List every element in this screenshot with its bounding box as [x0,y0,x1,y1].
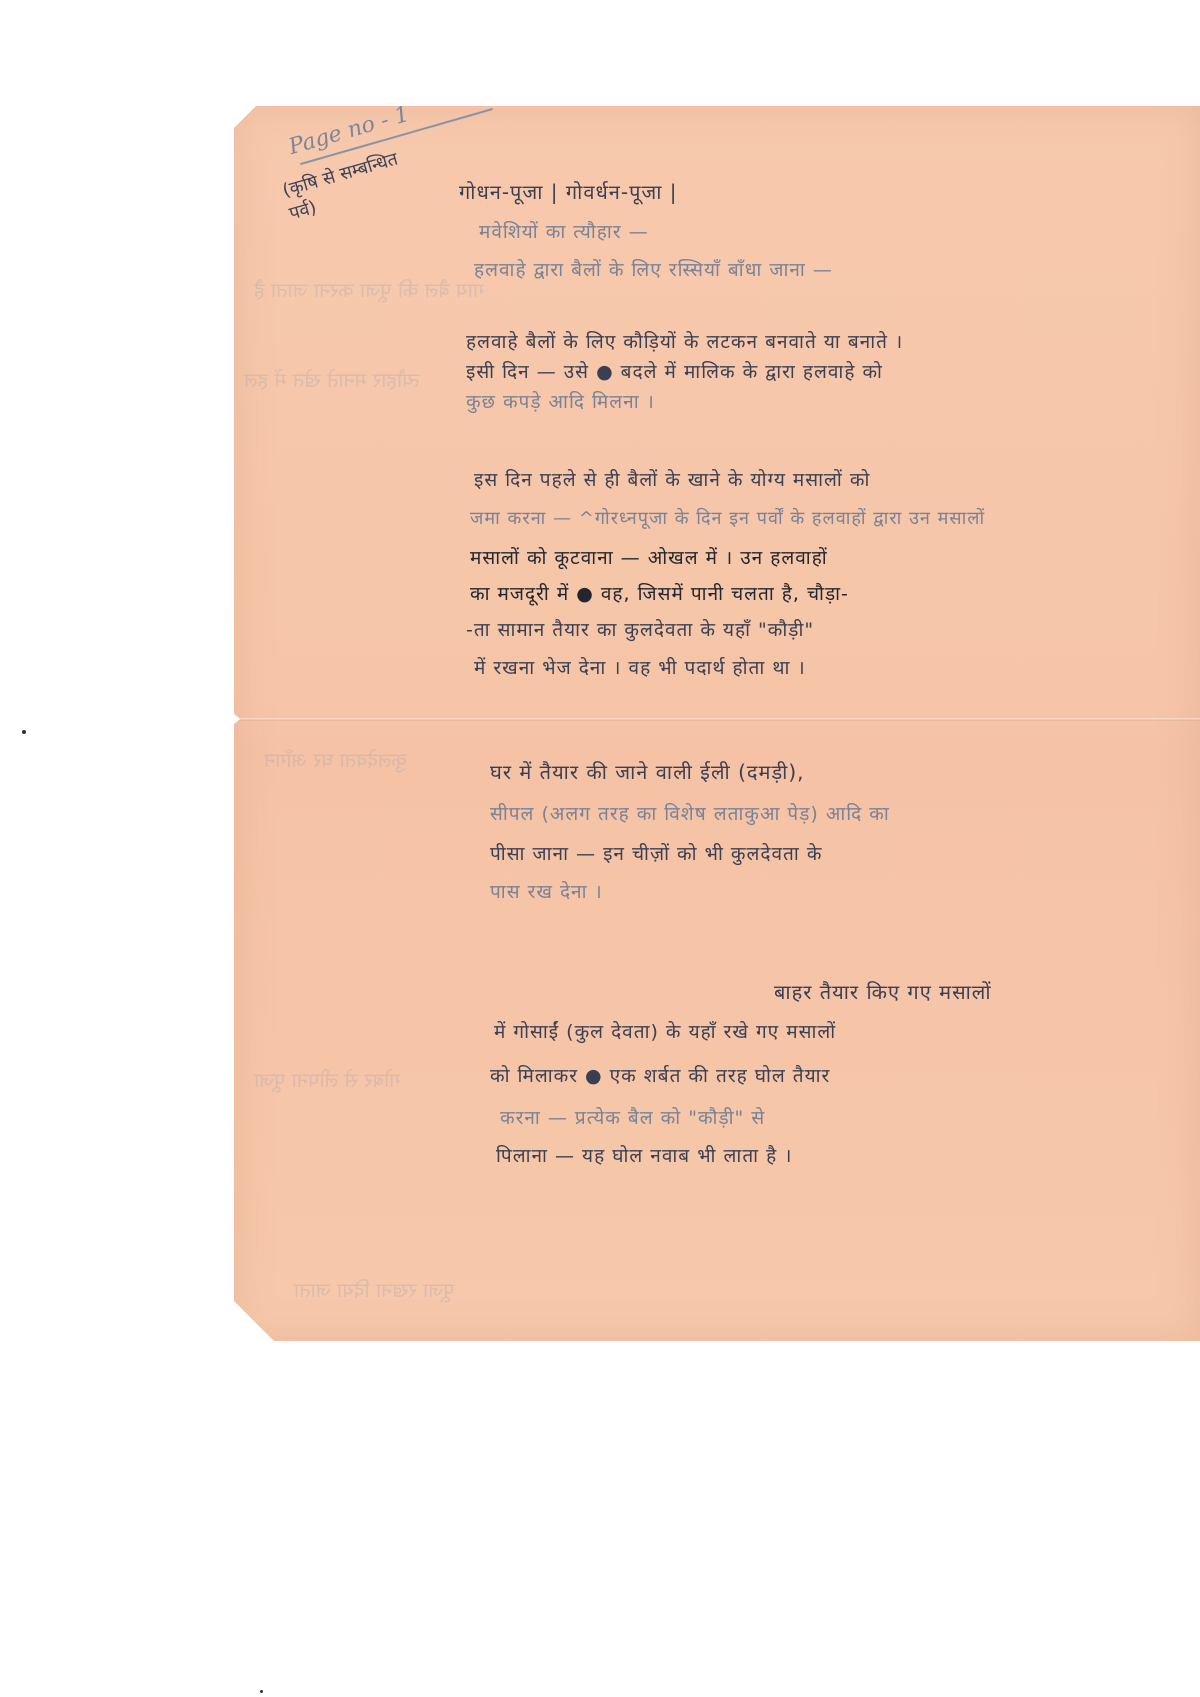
para4-line-2: में गोसाईं (कुल देवता) के यहाँ रखे गए मस… [494,1018,836,1044]
para2-line-2: जमा करना — ^गोरध्नपूजा के दिन इन पर्वों … [470,506,985,530]
bleed-through-text: कुलदेवता घर आँगन [264,746,407,773]
title-line-3: हलवाहे द्वारा बैलों के लिए रस्सियाँ बाँध… [474,256,833,282]
ink-speck [22,730,26,734]
para3-line-4: पास रख देना । [490,878,603,904]
bleed-through-text: गोबर से लीपना पूजा [254,1066,400,1093]
para2-line-1: इस दिन पहले से ही बैलों के खाने के योग्य… [474,466,870,492]
paper-fold-line [234,718,1200,721]
para3-line-1: घर में तैयार की जाने वाली ईली (दमड़ी), [490,758,805,785]
ink-speck [260,1690,263,1693]
bleed-through-text: गाय बैल की पूजा करना जाता है [254,276,484,303]
para1-line-3: कुछ कपड़े आदि मिलना । [466,388,655,414]
para2-line-4: का मजदूरी में ● वह, जिसमें पानी चलता है,… [470,580,849,606]
para3-line-2: सीपल (अलग तरह का विशेष लताकुआ पेड़) आदि … [490,800,890,826]
para1-line-1: हलवाहे बैलों के लिए कौड़ियों के लटकन बनव… [466,328,903,354]
title-line-2: मवेशियों का त्यौहार — [479,218,649,244]
bleed-through-text: पूजा रखना दिया जाता [294,1276,454,1303]
bleed-through-text: त्यौहार मनाते खेत में हल [244,366,420,393]
title-line-1: गोधन-पूजा | गोवर्धन-पूजा | [459,178,678,205]
para4-line-5: पिलाना — यह घोल नवाब भी लाता है । [496,1142,792,1168]
header-note: Page no - 1 (कृषि से सम्बन्धित पर्व) [286,102,412,160]
para4-line-3: को मिलाकर ● एक शर्बत की तरह घोल तैयार [490,1062,830,1088]
para1-line-2: इसी दिन — उसे ● बदले में मालिक के द्वारा… [466,358,883,384]
para4-line-4: करना — प्रत्येक बैल को "कौड़ी" से [500,1104,765,1130]
para4-line-1: बाहर तैयार किए गए मसालों [774,978,992,1005]
para2-line-3: मसालों को कूटवाना — ओखल में । उन हलवाहों [470,544,828,570]
para3-line-3: पीसा जाना — इन चीज़ों को भी कुलदेवता के [490,840,822,866]
fold-notch [232,712,240,726]
para2-line-5: -ता सामान तैयार का कुलदेवता के यहाँ "कौड… [466,616,814,642]
manuscript-paper: गाय बैल की पूजा करना जाता है त्यौहार मना… [234,106,1200,1341]
para2-line-6: में रखना भेज देना । वह भी पदार्थ होता था… [474,654,806,680]
